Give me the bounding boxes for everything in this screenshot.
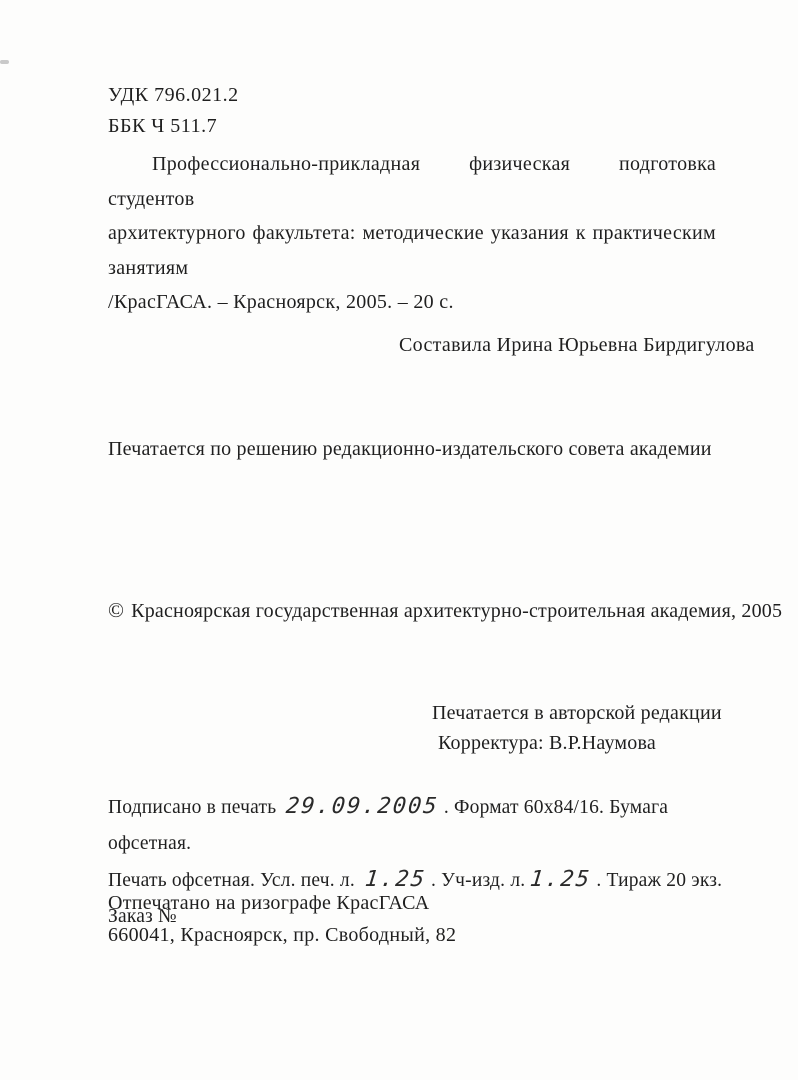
udc-number: УДК 796.021.2 (108, 80, 239, 111)
publication-approval: Печатается по решению редакционно-издате… (108, 438, 712, 461)
edition-note-line-2: Корректура: В.Р.Наумова (438, 728, 722, 758)
bibliographic-line-1: Профессионально-прикладная физическая по… (108, 147, 716, 216)
bibliographic-line-3: /КрасГАСА. – Красноярск, 2005. – 20 с. (108, 285, 716, 320)
classification-block: УДК 796.021.2 ББК Ч 511.7 (108, 80, 239, 142)
handwritten-uch-izd-value: 1.25 (523, 862, 598, 898)
signed-to-print-label: Подписано в печать (108, 797, 276, 818)
printer-info: Отпечатано на ризографе КрасГАСА 660041,… (108, 888, 456, 951)
edition-notes: Печатается в авторской редакции Корректу… (432, 698, 722, 758)
handwritten-date: 29.09.2005 (280, 789, 446, 825)
imprint-line-1: Подписано в печать 29.09.2005. Формат 60… (108, 789, 748, 862)
copyright-notice: ©Красноярская государственная архитектур… (108, 598, 782, 623)
edition-note-line-1: Печатается в авторской редакции (432, 698, 722, 728)
copyright-icon: © (108, 598, 124, 622)
compiler-credit: Составила Ирина Юрьевна Бирдигулова (399, 334, 755, 357)
scan-edge-artifact (0, 60, 9, 64)
scanned-document-page: УДК 796.021.2 ББК Ч 511.7 Профессиональн… (0, 0, 798, 1080)
bibliographic-entry: Профессионально-прикладная физическая по… (108, 147, 716, 320)
printer-address-line: 660041, Красноярск, пр. Свободный, 82 (108, 920, 456, 952)
printer-name-line: Отпечатано на ризографе КрасГАСА (108, 888, 456, 920)
copyright-text: Красноярская государственная архитектурн… (131, 600, 782, 622)
bbk-number: ББК Ч 511.7 (108, 111, 239, 142)
bibliographic-line-2: архитектурного факультета: методические … (108, 216, 716, 285)
